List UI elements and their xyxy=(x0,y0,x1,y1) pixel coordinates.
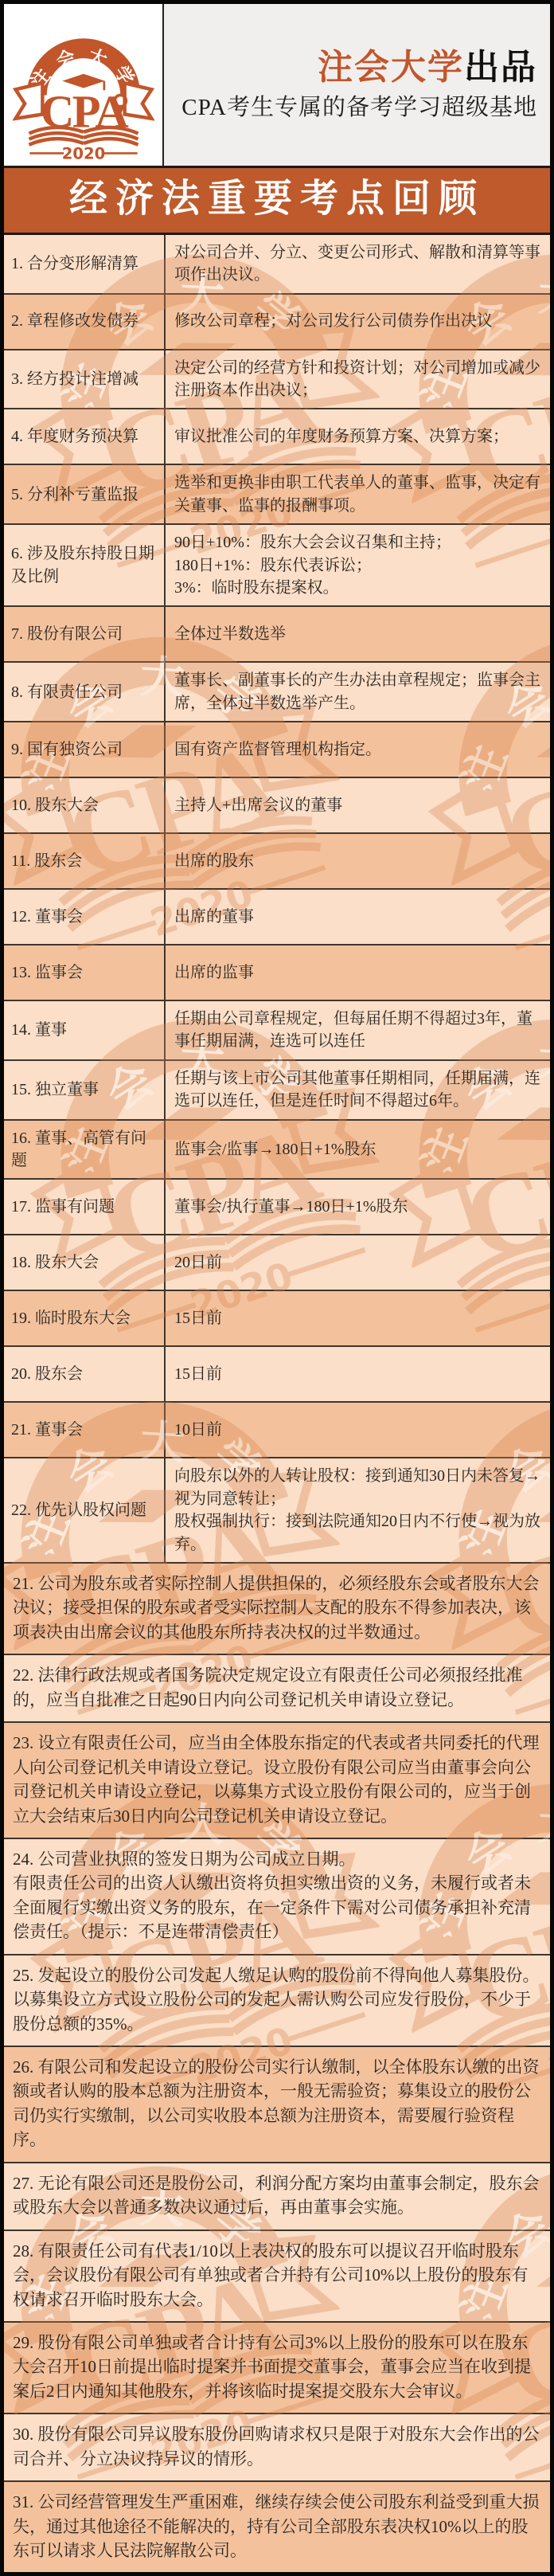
row-topic-text: 3. 经方投计注增减 xyxy=(11,368,159,390)
note-paragraph: 21. 公司为股东或者实际控制人提供担保的，必须经股东会或者股东大会决议；接受担… xyxy=(4,1564,550,1655)
row-topic-cell: 9. 国有独资公司 xyxy=(4,722,166,777)
row-topic-text: 1. 合分变形解清算 xyxy=(11,253,159,275)
brand-title: 注会大学出品 xyxy=(318,50,537,85)
note-text: 25. 发起设立的股份公司发起人缴足认购的股份前不得向他人募集股份。以募集设立方… xyxy=(13,1963,541,2036)
note-paragraph: 27. 无论有限公司还是股份公司，利润分配方案均由董事会制定，股东会或股东大会以… xyxy=(4,2163,550,2231)
note-paragraph: 28. 有限责任公司有代表1/10以上表决权的股东可以提议召开临时股东会，会议股… xyxy=(4,2231,550,2323)
row-detail-cell: 向股东以外的人转让股权：接到通知30日内未答复→视为同意转让；股权强制执行：接到… xyxy=(166,1458,550,1562)
row-detail-text: 监事会/监事→180日+1%股东 xyxy=(174,1138,542,1161)
row-detail-text: 出席的董事 xyxy=(174,906,542,928)
note-paragraph: 24. 公司营业执照的签发日期为公司成立日期。有限责任公司的出资人认缴出资将负担… xyxy=(4,1839,550,1955)
table-row: 15. 独立董事任期与该上市公司其他董事任期相同，任期届满，连选可以连任，但是连… xyxy=(4,1061,550,1121)
note-text: 24. 公司营业执照的签发日期为公司成立日期。有限责任公司的出资人认缴出资将负担… xyxy=(13,1847,541,1944)
points-table: 1. 合分变形解清算对公司合并、分立、变更公司形式、解散和清算等事项作出决议。2… xyxy=(4,235,550,1564)
row-detail-text: 任期与该上市公司其他董事任期相同，任期届满，连选可以连任，但是连任时间不得超过6… xyxy=(174,1067,542,1113)
table-row: 13. 监事会出席的监事 xyxy=(4,945,550,1001)
row-detail-cell: 选举和更换非由职工代表单人的董事、监事，决定有关董事、监事的报酬事项。 xyxy=(166,465,550,523)
row-topic-text: 10. 股东大会 xyxy=(11,794,159,816)
row-topic-cell: 4. 年度财务预决算 xyxy=(4,409,166,464)
note-paragraph: 23. 设立有限责任公司，应当由全体股东指定的代表或者共同委托的代理人向公司登记… xyxy=(4,1723,550,1839)
row-topic-text: 11. 股东会 xyxy=(11,850,159,872)
table-row: 6. 涉及股东持股日期及比例90日+10%：股东大会会议召集和主持；180日+1… xyxy=(4,525,550,607)
row-topic-text: 15. 独立董事 xyxy=(11,1079,159,1101)
note-text: 30. 股份有限公司异议股东股份回购请求权只是限于对股东大会作出的公司合并、分立… xyxy=(13,2422,541,2471)
header: 注会大学 CPA 2020 xyxy=(4,4,550,168)
table-row: 5. 分利补亏董监报选举和更换非由职工代表单人的董事、监事，决定有关董事、监事的… xyxy=(4,465,550,525)
note-text: 29. 股份有限公司单独或者合计持有公司3%以上股份的股东可以在股东大会召开10… xyxy=(13,2331,541,2403)
row-detail-text: 决定公司的经营方针和投资计划；对公司增加或减少注册资本作出决议； xyxy=(174,357,542,402)
note-text: 22. 法律行政法规或者国务院决定规定设立有限责任公司必须报经批准的，应当自批准… xyxy=(13,1663,541,1712)
row-topic-cell: 22. 优先认股权问题 xyxy=(4,1458,166,1562)
row-topic-cell: 16. 董事、高管有问题 xyxy=(4,1121,166,1179)
note-paragraph: 30. 股份有限公司异议股东股份回购请求权只是限于对股东大会作出的公司合并、分立… xyxy=(4,2414,550,2482)
row-topic-text: 7. 股份有限公司 xyxy=(11,623,159,645)
table-row: 20. 股东会15日前 xyxy=(4,1347,550,1403)
note-text: 27. 无论有限公司还是股份公司，利润分配方案均由董事会制定，股东会或股东大会以… xyxy=(13,2171,541,2220)
row-detail-text: 出席的股东 xyxy=(174,850,542,872)
row-topic-text: 12. 董事会 xyxy=(11,906,159,928)
table-row: 3. 经方投计注增减决定公司的经营方针和投资计划；对公司增加或减少注册资本作出决… xyxy=(4,350,550,410)
table-row: 1. 合分变形解清算对公司合并、分立、变更公司形式、解散和清算等事项作出决议。 xyxy=(4,235,550,295)
row-topic-cell: 13. 监事会 xyxy=(4,945,166,1000)
brand-title-highlight: 注会大学 xyxy=(318,48,464,87)
banner-title: 经济法重要考点回顾 xyxy=(4,178,550,221)
row-topic-text: 5. 分利补亏董监报 xyxy=(11,483,159,506)
table-row: 4. 年度财务预决算审议批准公司的年度财务预算方案、决算方案； xyxy=(4,409,550,465)
row-topic-cell: 19. 临时股东大会 xyxy=(4,1291,166,1345)
table-row: 8. 有限责任公司董事长、副董事长的产生办法由章程规定；监事会主席，全体过半数选… xyxy=(4,663,550,722)
note-paragraph: 26. 有限公司和发起设立的股份公司实行认缴制，以全体股东认缴的出资额或者认购的… xyxy=(4,2047,550,2163)
logo-year: 2020 xyxy=(61,144,105,161)
row-topic-cell: 2. 章程修改发债券 xyxy=(4,295,166,349)
row-topic-cell: 20. 股东会 xyxy=(4,1347,166,1401)
note-paragraph: 22. 法律行政法规或者国务院决定规定设立有限责任公司必须报经批准的，应当自批准… xyxy=(4,1655,550,1723)
row-topic-cell: 1. 合分变形解清算 xyxy=(4,235,166,293)
row-detail-cell: 董事会/执行董事→180日+1%股东 xyxy=(166,1180,550,1234)
table-row: 2. 章程修改发债券修改公司章程；对公司发行公司债券作出决议 xyxy=(4,295,550,350)
page-root: 注会大学 CPA 2020 xyxy=(0,0,554,2576)
row-topic-text: 19. 临时股东大会 xyxy=(11,1307,159,1329)
row-topic-text: 21. 董事会 xyxy=(11,1419,159,1441)
row-detail-text: 对公司合并、分立、变更公司形式、解散和清算等事项作出决议。 xyxy=(174,241,542,287)
note-text: 21. 公司为股东或者实际控制人提供担保的，必须经股东会或者股东大会决议；接受担… xyxy=(13,1572,541,1644)
row-topic-text: 20. 股东会 xyxy=(11,1363,159,1385)
row-detail-cell: 修改公司章程；对公司发行公司债券作出决议 xyxy=(166,295,550,349)
row-topic-text: 22. 优先认股权问题 xyxy=(11,1499,159,1521)
logo-box: 注会大学 CPA 2020 xyxy=(4,4,164,166)
brand-title-rest: 出品 xyxy=(464,48,537,87)
note-paragraph: 31. 公司经营管理发生严重困难，继续存续会使公司股东利益受到重大损失，通过其他… xyxy=(4,2482,550,2572)
row-topic-text: 6. 涉及股东持股日期及比例 xyxy=(11,542,159,588)
row-detail-cell: 90日+10%：股东大会会议召集和主持；180日+1%：股东代表诉讼；3%：临时… xyxy=(166,525,550,605)
row-detail-cell: 审议批准公司的年度财务预算方案、决算方案； xyxy=(166,409,550,464)
row-detail-cell: 15日前 xyxy=(166,1347,550,1401)
table-row: 12. 董事会出席的董事 xyxy=(4,890,550,945)
row-detail-cell: 对公司合并、分立、变更公司形式、解散和清算等事项作出决议。 xyxy=(166,235,550,293)
note-text: 28. 有限责任公司有代表1/10以上表决权的股东可以提议召开临时股东会，会议股… xyxy=(13,2239,541,2312)
note-paragraph: 25. 发起设立的股份公司发起人缴足认购的股份前不得向他人募集股份。以募集设立方… xyxy=(4,1955,550,2047)
table-row: 21. 董事会10日前 xyxy=(4,1403,550,1458)
row-topic-cell: 5. 分利补亏董监报 xyxy=(4,465,166,523)
row-detail-cell: 出席的监事 xyxy=(166,945,550,1000)
row-detail-text: 主持人+出席会议的董事 xyxy=(174,794,542,816)
table-row: 22. 优先认股权问题向股东以外的人转让股权：接到通知30日内未答复→视为同意转… xyxy=(4,1458,550,1564)
header-text-block: 注会大学出品 CPA考生专属的备考学习超级基地 xyxy=(164,4,550,166)
note-text: 23. 设立有限责任公司，应当由全体股东指定的代表或者共同委托的代理人向公司登记… xyxy=(13,1731,541,1828)
row-detail-text: 董事会/执行董事→180日+1%股东 xyxy=(174,1196,542,1218)
row-topic-text: 13. 监事会 xyxy=(11,961,159,984)
cpa-university-logo-icon: 注会大学 CPA 2020 xyxy=(13,9,154,162)
row-detail-text: 审议批准公司的年度财务预算方案、决算方案； xyxy=(174,425,542,448)
row-topic-cell: 6. 涉及股东持股日期及比例 xyxy=(4,525,166,605)
note-text: 26. 有限公司和发起设立的股份公司实行认缴制，以全体股东认缴的出资额或者认购的… xyxy=(13,2055,541,2152)
table-row: 14. 董事任期由公司章程规定，但每届任期不得超过3年，董事任期届满，连选可以连… xyxy=(4,1001,550,1061)
table-row: 17. 监事有问题董事会/执行董事→180日+1%股东 xyxy=(4,1180,550,1235)
row-detail-text: 选举和更换非由职工代表单人的董事、监事，决定有关董事、监事的报酬事项。 xyxy=(174,472,542,517)
row-detail-text: 10日前 xyxy=(174,1419,542,1441)
row-topic-cell: 7. 股份有限公司 xyxy=(4,607,166,661)
row-topic-text: 2. 章程修改发债券 xyxy=(11,310,159,332)
row-detail-cell: 决定公司的经营方针和投资计划；对公司增加或减少注册资本作出决议； xyxy=(166,350,550,409)
row-topic-cell: 11. 股东会 xyxy=(4,834,166,888)
row-detail-text: 向股东以外的人转让股权：接到通知30日内未答复→视为同意转让；股权强制执行：接到… xyxy=(174,1465,542,1556)
row-topic-cell: 10. 股东大会 xyxy=(4,778,166,832)
note-paragraph: 29. 股份有限公司单独或者合计持有公司3%以上股份的股东可以在股东大会召开10… xyxy=(4,2323,550,2414)
row-detail-cell: 10日前 xyxy=(166,1403,550,1457)
table-row: 11. 股东会出席的股东 xyxy=(4,834,550,890)
row-detail-cell: 主持人+出席会议的董事 xyxy=(166,778,550,832)
brand-subtitle: CPA考生专属的备考学习超级基地 xyxy=(181,96,537,119)
notes-section: 21. 公司为股东或者实际控制人提供担保的，必须经股东会或者股东大会决议；接受担… xyxy=(4,1564,550,2572)
table-row: 18. 股东大会20日前 xyxy=(4,1235,550,1291)
table-row: 7. 股份有限公司全体过半数选举 xyxy=(4,607,550,663)
banner: 经济法重要考点回顾 xyxy=(4,168,550,235)
row-detail-text: 15日前 xyxy=(174,1307,542,1329)
row-detail-text: 15日前 xyxy=(174,1363,542,1385)
row-detail-cell: 出席的股东 xyxy=(166,834,550,888)
row-detail-text: 修改公司章程；对公司发行公司债券作出决议 xyxy=(174,310,542,332)
note-text: 31. 公司经营管理发生严重困难，继续存续会使公司股东利益受到重大损失，通过其他… xyxy=(13,2490,541,2562)
row-detail-cell: 15日前 xyxy=(166,1291,550,1345)
table-row: 9. 国有独资公司国有资产监督管理机构指定。 xyxy=(4,722,550,778)
row-detail-cell: 董事长、副董事长的产生办法由章程规定；监事会主席，全体过半数选举产生。 xyxy=(166,663,550,721)
row-topic-cell: 18. 股东大会 xyxy=(4,1235,166,1290)
row-detail-cell: 出席的董事 xyxy=(166,890,550,944)
logo-cpa-letters: CPA xyxy=(40,85,128,137)
row-detail-text: 90日+10%：股东大会会议召集和主持；180日+1%：股东代表诉讼；3%：临时… xyxy=(174,531,542,599)
row-topic-text: 9. 国有独资公司 xyxy=(11,738,159,761)
row-topic-cell: 12. 董事会 xyxy=(4,890,166,944)
row-topic-cell: 15. 独立董事 xyxy=(4,1061,166,1119)
row-detail-text: 全体过半数选举 xyxy=(174,623,542,645)
row-topic-cell: 14. 董事 xyxy=(4,1001,166,1059)
row-detail-text: 任期由公司章程规定，但每届任期不得超过3年，董事任期届满，连选可以连任 xyxy=(174,1008,542,1053)
row-detail-text: 20日前 xyxy=(174,1251,542,1274)
row-detail-text: 董事长、副董事长的产生办法由章程规定；监事会主席，全体过半数选举产生。 xyxy=(174,669,542,714)
row-detail-cell: 任期由公司章程规定，但每届任期不得超过3年，董事任期届满，连选可以连任 xyxy=(166,1001,550,1059)
row-detail-cell: 国有资产监督管理机构指定。 xyxy=(166,722,550,777)
row-topic-text: 17. 监事有问题 xyxy=(11,1196,159,1218)
row-topic-cell: 17. 监事有问题 xyxy=(4,1180,166,1234)
row-topic-text: 8. 有限责任公司 xyxy=(11,681,159,703)
content: 注会大学CPA2020注会大学CPA2020注会大学CPA2020注会大学CPA… xyxy=(4,235,550,2573)
table-row: 19. 临时股东大会15日前 xyxy=(4,1291,550,1347)
row-detail-text: 国有资产监督管理机构指定。 xyxy=(174,738,542,761)
row-topic-cell: 21. 董事会 xyxy=(4,1403,166,1457)
row-detail-cell: 监事会/监事→180日+1%股东 xyxy=(166,1121,550,1179)
row-topic-text: 16. 董事、高管有问题 xyxy=(11,1127,159,1173)
row-topic-text: 14. 董事 xyxy=(11,1019,159,1041)
row-detail-cell: 20日前 xyxy=(166,1235,550,1290)
table-row: 10. 股东大会主持人+出席会议的董事 xyxy=(4,778,550,834)
row-detail-cell: 全体过半数选举 xyxy=(166,607,550,661)
row-topic-text: 18. 股东大会 xyxy=(11,1251,159,1274)
row-topic-cell: 8. 有限责任公司 xyxy=(4,663,166,721)
row-topic-cell: 3. 经方投计注增减 xyxy=(4,350,166,409)
row-topic-text: 4. 年度财务预决算 xyxy=(11,425,159,448)
table-row: 16. 董事、高管有问题监事会/监事→180日+1%股东 xyxy=(4,1121,550,1180)
row-detail-text: 出席的监事 xyxy=(174,961,542,984)
row-detail-cell: 任期与该上市公司其他董事任期相同，任期届满，连选可以连任，但是连任时间不得超过6… xyxy=(166,1061,550,1119)
